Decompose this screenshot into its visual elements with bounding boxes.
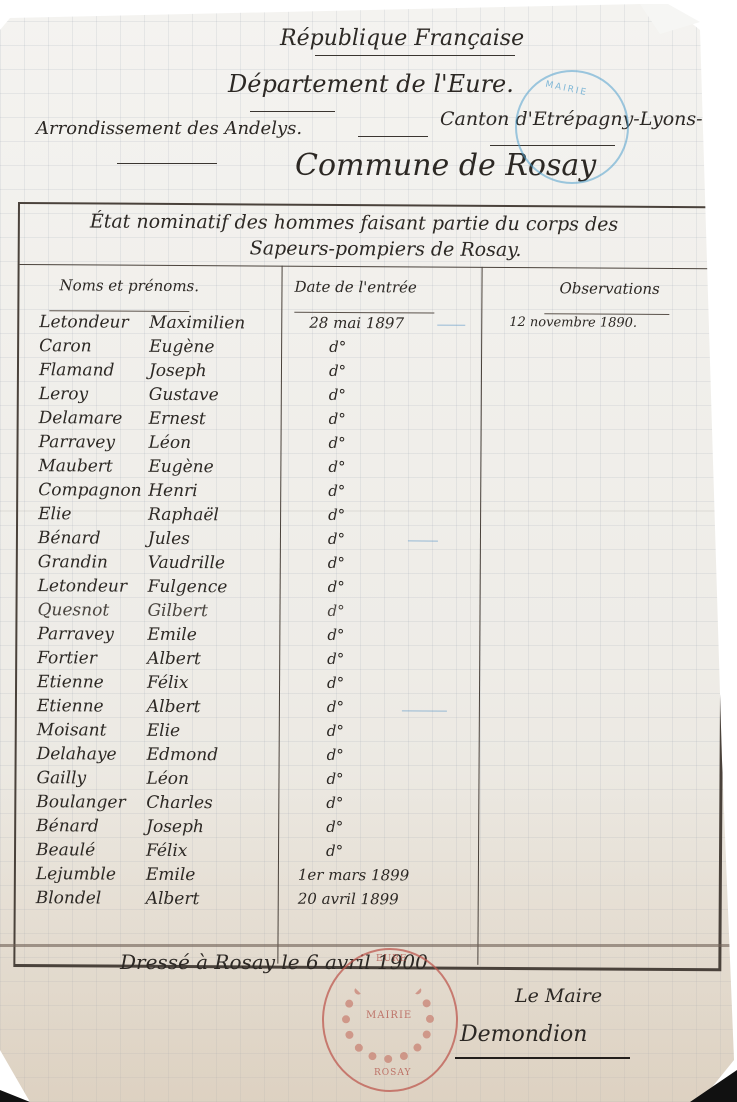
underline bbox=[315, 55, 515, 56]
blue-pencil-mark bbox=[437, 325, 465, 326]
blue-pencil-mark bbox=[408, 540, 438, 541]
signature-underline bbox=[455, 1057, 630, 1059]
footer-maire-title: Le Maire bbox=[515, 985, 602, 1007]
document-page: République Française Département de l'Eu… bbox=[0, 0, 737, 1102]
seal-top-text: EURE bbox=[376, 954, 408, 964]
seal-bottom-text: ROSAY bbox=[374, 1068, 411, 1078]
dash-rule bbox=[250, 111, 335, 112]
column-header-observations: Observations bbox=[559, 279, 659, 298]
column-header-date: Date de l'entrée bbox=[294, 278, 416, 297]
table-title-line1: État nominatif des hommes faisant partie… bbox=[90, 210, 618, 235]
bottom-rule bbox=[0, 944, 737, 947]
blue-mairie-stamp: MAIRIE bbox=[515, 70, 629, 184]
dash-rule bbox=[358, 136, 428, 137]
blue-pencil-mark bbox=[402, 710, 447, 711]
table-title: État nominatif des hommes faisant partie… bbox=[20, 204, 723, 269]
stamp-text: MAIRIE bbox=[544, 80, 588, 99]
column-header-noms: Noms et prénoms. bbox=[59, 276, 199, 295]
mayor-signature: Demondion bbox=[460, 1022, 587, 1047]
column-divider bbox=[477, 267, 482, 965]
mairie-seal: EURE MAIRIE ROSAY bbox=[322, 948, 458, 1092]
roster-table: État nominatif des hommes faisant partie… bbox=[13, 202, 726, 971]
header-republique: République Française bbox=[280, 26, 524, 51]
seal-middle-text: MAIRIE bbox=[366, 1010, 412, 1021]
header-arrondissement: Arrondissement des Andelys. bbox=[36, 118, 302, 139]
dash-rule bbox=[117, 163, 217, 164]
table-title-line2: Sapeurs-pompiers de Rosay. bbox=[250, 237, 522, 261]
header-departement: Département de l'Eure. bbox=[228, 70, 514, 98]
column-divider bbox=[277, 266, 282, 964]
